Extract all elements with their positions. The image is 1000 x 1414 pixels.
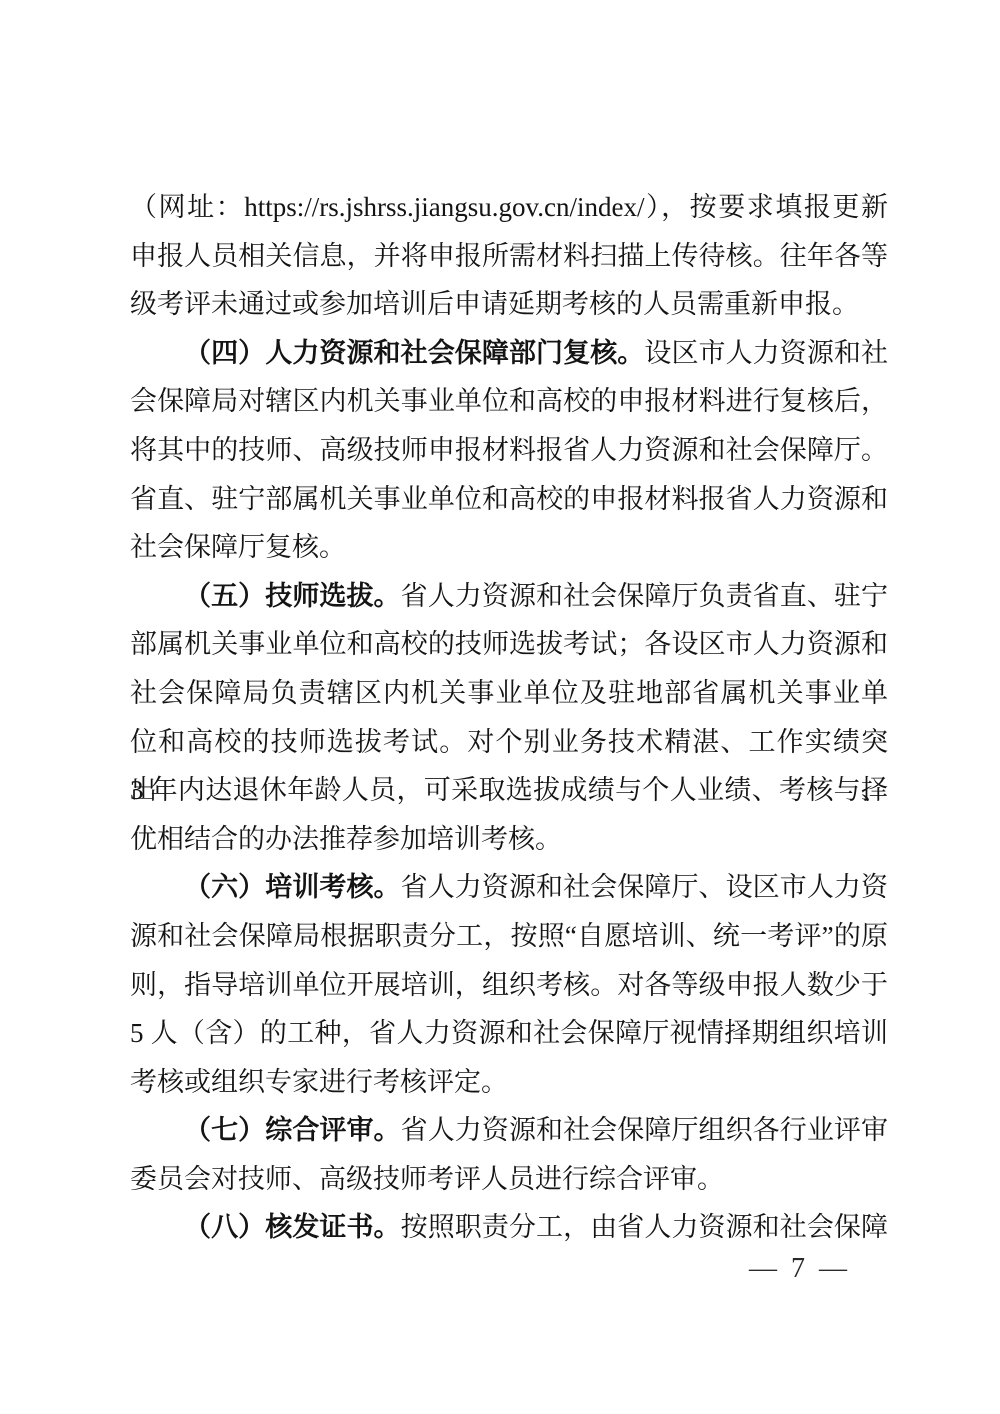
line-text: 会保障局对辖区内机关事业单位和高校的申报材料进行复核后， xyxy=(130,386,888,416)
line-text: 设区市人力资源和社 xyxy=(644,338,888,368)
line-text: 省直、驻宁部属机关事业单位和高校的申报材料报省人力资源和 xyxy=(130,484,888,514)
line-text: 社会保障局负责辖区内机关事业单位及驻地部省属机关事业单 xyxy=(130,678,888,708)
line-text: 省人力资源和社会保障厅、设区市人力资 xyxy=(401,872,888,902)
line-text: 则，指导培训单位开展培训，组织考核。对各等级申报人数少于 xyxy=(130,970,888,1000)
document-page: （网址：https://rs.jshrss.jiangsu.gov.cn/ind… xyxy=(0,0,1000,1414)
line-text: 源和社会保障局根据职责分工，按照“自愿培训、统一考评”的原 xyxy=(130,921,888,951)
line-text: 委员会对技师、高级技师考评人员进行综合评审。 xyxy=(130,1164,724,1194)
line-text: 申报人员相关信息，并将申报所需材料扫描上传待核。往年各等 xyxy=(130,241,888,271)
text-line: 3 年内达退休年龄人员，可采取选拔成绩与个人业绩、考核与择 xyxy=(130,766,888,815)
line-text: 省人力资源和社会保障厅组织各行业评审 xyxy=(401,1115,888,1145)
text-line: 源和社会保障局根据职责分工，按照“自愿培训、统一考评”的原 xyxy=(130,912,888,961)
line-text: 将其中的技师、高级技师申报材料报省人力资源和社会保障厅。 xyxy=(130,435,888,465)
line-text: 级考评未通过或参加培训后申请延期考核的人员需重新申报。 xyxy=(130,289,859,319)
line-text: 考核或组织专家进行考核评定。 xyxy=(130,1067,508,1097)
text-line: 5 人（含）的工种，省人力资源和社会保障厅视情择期组织培训 xyxy=(130,1009,888,1058)
text-line: （八）核发证书。按照职责分工，由省人力资源和社会保障 xyxy=(130,1203,888,1252)
text-line: （四）人力资源和社会保障部门复核。设区市人力资源和社 xyxy=(130,329,888,378)
line-text: 省人力资源和社会保障厅负责省直、驻宁 xyxy=(401,581,888,611)
section-heading: （五）技师选拔。 xyxy=(184,581,401,611)
text-line: 社会保障厅复核。 xyxy=(130,523,888,572)
document-body: （网址：https://rs.jshrss.jiangsu.gov.cn/ind… xyxy=(130,183,888,1252)
text-line: 申报人员相关信息，并将申报所需材料扫描上传待核。往年各等 xyxy=(130,232,888,281)
text-line: 部属机关事业单位和高校的技师选拔考试；各设区市人力资源和 xyxy=(130,620,888,669)
line-text: 5 人（含）的工种，省人力资源和社会保障厅视情择期组织培训 xyxy=(130,1018,888,1048)
text-line: 级考评未通过或参加培训后申请延期考核的人员需重新申报。 xyxy=(130,280,888,329)
section-heading: （八）核发证书。 xyxy=(184,1212,401,1242)
text-line: 则，指导培训单位开展培训，组织考核。对各等级申报人数少于 xyxy=(130,961,888,1010)
section-heading: （四）人力资源和社会保障部门复核。 xyxy=(184,338,644,368)
line-text: 3 年内达退休年龄人员，可采取选拔成绩与个人业绩、考核与择 xyxy=(130,775,888,805)
text-line: （七）综合评审。省人力资源和社会保障厅组织各行业评审 xyxy=(130,1106,888,1155)
text-line: 省直、驻宁部属机关事业单位和高校的申报材料报省人力资源和 xyxy=(130,475,888,524)
text-line: （网址：https://rs.jshrss.jiangsu.gov.cn/ind… xyxy=(130,183,888,232)
page-number: — 7 — xyxy=(749,1248,847,1290)
text-line: 社会保障局负责辖区内机关事业单位及驻地部省属机关事业单 xyxy=(130,669,888,718)
text-line: （六）培训考核。省人力资源和社会保障厅、设区市人力资 xyxy=(130,863,888,912)
section-heading: （六）培训考核。 xyxy=(184,872,401,902)
text-line: （五）技师选拔。省人力资源和社会保障厅负责省直、驻宁 xyxy=(130,572,888,621)
line-text: 部属机关事业单位和高校的技师选拔考试；各设区市人力资源和 xyxy=(130,629,888,659)
line-text: （网址：https://rs.jshrss.jiangsu.gov.cn/ind… xyxy=(130,192,888,222)
text-line: 优相结合的办法推荐参加培训考核。 xyxy=(130,815,888,864)
section-heading: （七）综合评审。 xyxy=(184,1115,401,1145)
text-line: 将其中的技师、高级技师申报材料报省人力资源和社会保障厅。 xyxy=(130,426,888,475)
text-line: 位和高校的技师选拔考试。对个别业务技术精湛、工作实绩突出、 xyxy=(130,718,888,767)
line-text: 按照职责分工，由省人力资源和社会保障 xyxy=(401,1212,888,1242)
text-line: 委员会对技师、高级技师考评人员进行综合评审。 xyxy=(130,1155,888,1204)
text-line: 考核或组织专家进行考核评定。 xyxy=(130,1058,888,1107)
line-text: 优相结合的办法推荐参加培训考核。 xyxy=(130,824,562,854)
line-text: 社会保障厅复核。 xyxy=(130,532,346,562)
text-line: 会保障局对辖区内机关事业单位和高校的申报材料进行复核后， xyxy=(130,377,888,426)
